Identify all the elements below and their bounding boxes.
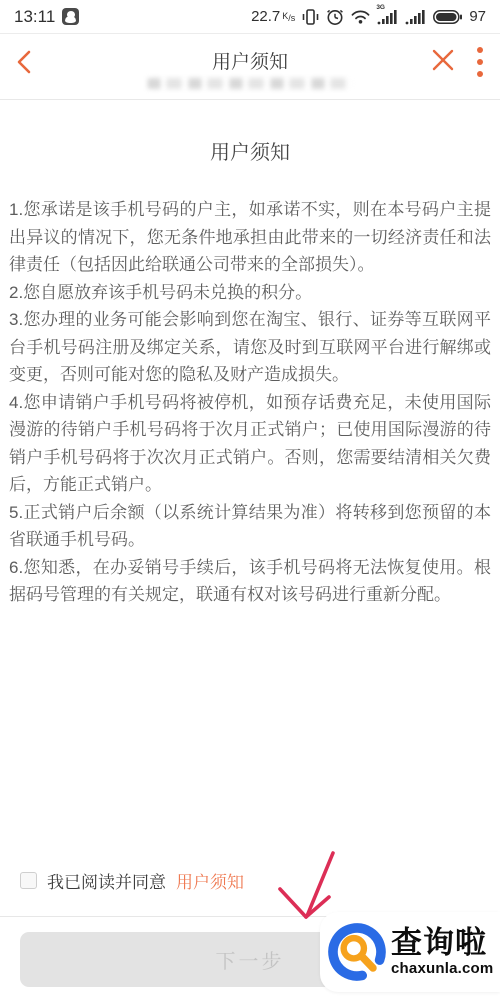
notice-title: 用户须知 [9,136,491,165]
notice-content: 用户须知 1.您承诺是该手机号码的户主，如承诺不实，则在本号码户主提出异议的情况… [0,100,500,609]
overflow-menu-button[interactable] [472,45,488,79]
notice-paragraph-4: 4.您申请销户手机号码将被停机，如预存话费充足，未使用国际漫游的待销户手机号码将… [9,389,491,499]
notice-paragraph-3: 3.您办理的业务可能会影响到您在淘宝、银行、证券等互联网平台手机号码注册及绑定关… [9,306,491,389]
wifi-icon [351,9,370,24]
watermark-badge: 查询啦 chaxunla.com [320,912,500,992]
battery-percent: 97 [469,8,486,25]
blurred-subtitle [148,78,353,89]
notice-paragraph-2: 2.您自愿放弃该手机号码未兑换的积分。 [9,279,491,307]
watermark-name: 查询啦 [391,927,493,960]
notice-paragraph-5: 5.正式销户后余额（以系统计算结果为准）将转移到您预留的本省联通手机号码。 [9,499,491,554]
alarm-clock-icon [326,8,344,26]
notice-paragraph-6: 6.您知悉，在办妥销号手续后，该手机号码将无法恢复使用。根据码号管理的有关规定，… [9,554,491,609]
app-bar: 用户须知 [0,34,500,100]
status-bar: 13:11 22.7K/s 3G [0,0,500,34]
user-notice-link[interactable]: 用户须知 [176,868,244,893]
notice-paragraph-1: 1.您承诺是该手机号码的户主，如承诺不实，则在本号码户主提出异议的情况下，您无条… [9,196,491,279]
close-icon [430,47,456,73]
vertical-dots-icon [477,47,483,53]
qq-notification-icon [62,8,79,25]
vibrate-icon [302,8,319,26]
page-title: 用户须知 [0,47,500,74]
signal-bars-3g-icon: 3G [377,8,398,25]
agreement-row: 我已阅读并同意 用户须知 [20,868,244,893]
signal-bars-icon [405,8,426,25]
agree-checkbox[interactable] [20,872,37,889]
clock-time: 13:11 [14,7,55,27]
close-button[interactable] [430,47,456,73]
chaxunla-logo-icon [325,920,389,984]
network-speed: 22.7K/s [251,8,295,25]
watermark-domain: chaxunla.com [391,960,493,977]
agree-label: 我已阅读并同意 [47,868,166,893]
battery-icon [433,10,462,24]
